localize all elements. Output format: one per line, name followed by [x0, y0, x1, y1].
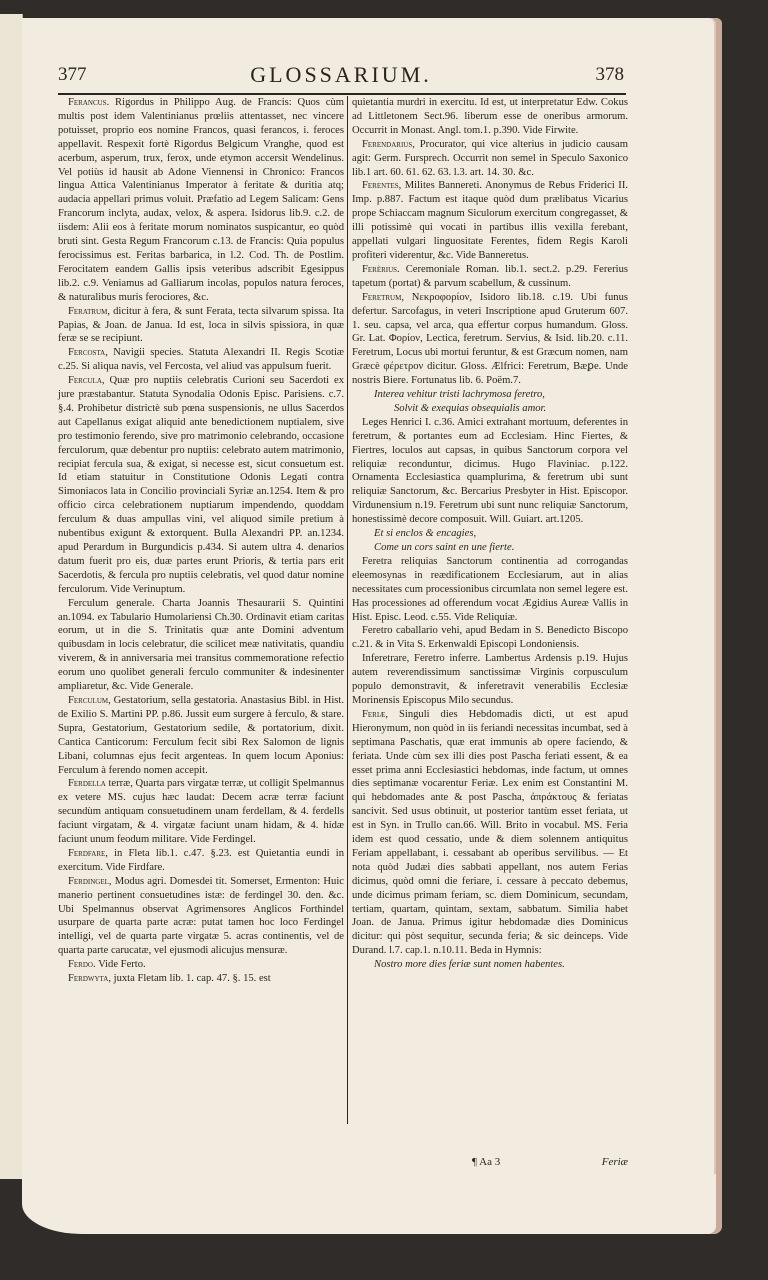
glossary-entry: Ferdo. Vide Ferto.	[58, 958, 344, 972]
glossary-entry: Ferdella terræ, Quarta pars virgatæ terr…	[58, 777, 344, 847]
glossary-entry: Ferendarius, Procurator, qui vice alteri…	[352, 138, 628, 180]
entry-text: Rigordus in Philippo Aug. de Francis: Qu…	[58, 97, 344, 303]
right-column: quietantia murdri in exercitu. Id est, u…	[352, 96, 628, 972]
verse-line: Et si enclos & encagies,	[352, 527, 628, 541]
glossary-entry: Inferetrare, Feretro inferre. Lambertus …	[352, 652, 628, 708]
entry-headword: Ferdo.	[68, 959, 96, 970]
running-title: GLOSSARIUM.	[58, 62, 624, 88]
glossary-entry: Feretrum, Νεκροφορίον, Isidoro lib.18. c…	[352, 291, 628, 388]
running-header: 377 GLOSSARIUM. 378	[58, 62, 624, 92]
entry-text: Feretra reliquias Sanctorum continentia …	[352, 556, 628, 623]
glossary-entry: Fercosta, Navigii species. Statuta Alexa…	[58, 346, 344, 374]
signature-mark: ¶ Aa 3	[472, 1156, 500, 1168]
entry-text: Ferculum generale. Charta Joannis Thesau…	[58, 598, 344, 692]
glossary-entry: Ferculum generale. Charta Joannis Thesau…	[58, 597, 344, 694]
verse-line: Nostro more dies feriæ sunt nomen habent…	[352, 958, 628, 972]
entry-headword: Ferculum,	[68, 695, 111, 706]
left-column: Ferancus. Rigordus in Philippo Aug. de F…	[58, 96, 344, 986]
entry-text: Singuli dies Hebdomadis dicti, ut est ap…	[352, 709, 628, 956]
entry-headword: Feratrum,	[68, 306, 110, 317]
glossary-entry: Fercula, Quæ pro nuptiis celebratis Curi…	[58, 374, 344, 597]
book-page: 377 GLOSSARIUM. 378 Ferancus. Rigordus i…	[22, 18, 722, 1198]
left-page-edge	[0, 14, 23, 1179]
entry-text: Modus agri. Domesdei tit. Somerset, Erme…	[58, 876, 344, 957]
entry-headword: Ferentes,	[362, 180, 401, 191]
entry-headword: Ferdwyta,	[68, 973, 111, 984]
glossary-entry: Ferdingel, Modus agri. Domesdei tit. Som…	[58, 875, 344, 958]
column-divider	[347, 96, 348, 1124]
glossary-entry: Ferentes, Milites Bannereti. Anonymus de…	[352, 179, 628, 262]
glossary-entry: Feratrum, dicitur à fera, & sunt Ferata,…	[58, 305, 344, 347]
entry-text: Vide Ferto.	[96, 959, 146, 970]
entry-text: Leges Henrici I. c.36. Amici extrahant m…	[352, 417, 628, 525]
page-number-right: 378	[596, 64, 625, 86]
entry-text: Milites Bannereti. Anonymus de Rebus Fri…	[352, 180, 628, 261]
entry-text: juxta Fletam lib. 1. cap. 47. §. 15. est	[111, 973, 271, 984]
entry-headword: Ferdella	[68, 778, 106, 789]
entry-text: Feretro caballario vehi, apud Bedam in S…	[352, 625, 628, 650]
glossary-entry: Ferancus. Rigordus in Philippo Aug. de F…	[58, 96, 344, 305]
entry-text: Inferetrare, Feretro inferre. Lambertus …	[352, 653, 628, 706]
entry-text: Νεκροφορίον, Isidoro lib.18. c.19. Ubi f…	[352, 292, 628, 386]
entry-text: quietantia murdri in exercitu. Id est, u…	[352, 97, 628, 136]
entry-text: Gestatorium, sella gestatoria. Anastasiu…	[58, 695, 344, 776]
entry-headword: Fercosta,	[68, 347, 108, 358]
glossary-entry: Ferèrius. Ceremoniale Roman. lib.1. sect…	[352, 263, 628, 291]
entry-headword: Ferendarius,	[362, 139, 415, 150]
entry-headword: Feretrum,	[362, 292, 404, 303]
verse-line: Come un cors saint en une fierte.	[352, 541, 628, 555]
entry-headword: Ferèrius.	[362, 264, 400, 275]
entry-headword: Feriæ,	[362, 709, 388, 720]
entry-text: Quæ pro nuptiis celebratis Curioni seu S…	[58, 375, 344, 595]
header-rule	[58, 93, 626, 95]
verse-line: Solvit & exequias obsequialis amor.	[352, 402, 628, 416]
glossary-entry: Feriæ, Singuli dies Hebdomadis dicti, ut…	[352, 708, 628, 958]
entry-headword: Fercula,	[68, 375, 105, 386]
verse-line: Interea vehitur tristi lachrymosa feretr…	[352, 388, 628, 402]
glossary-entry: quietantia murdri in exercitu. Id est, u…	[352, 96, 628, 138]
entry-headword: Ferdingel,	[68, 876, 112, 887]
glossary-entry: Ferdwyta, juxta Fletam lib. 1. cap. 47. …	[58, 972, 344, 986]
glossary-entry: Leges Henrici I. c.36. Amici extrahant m…	[352, 416, 628, 527]
glossary-entry: Ferculum, Gestatorium, sella gestatoria.…	[58, 694, 344, 777]
catchword: Feriæ	[602, 1156, 628, 1168]
entry-headword: Ferancus.	[68, 97, 109, 108]
glossary-entry: Feretra reliquias Sanctorum continentia …	[352, 555, 628, 625]
entry-headword: Ferdfare,	[68, 848, 108, 859]
glossary-entry: Feretro caballario vehi, apud Bedam in S…	[352, 624, 628, 652]
glossary-entry: Ferdfare, in Fleta lib.1. c.47. §.23. es…	[58, 847, 344, 875]
